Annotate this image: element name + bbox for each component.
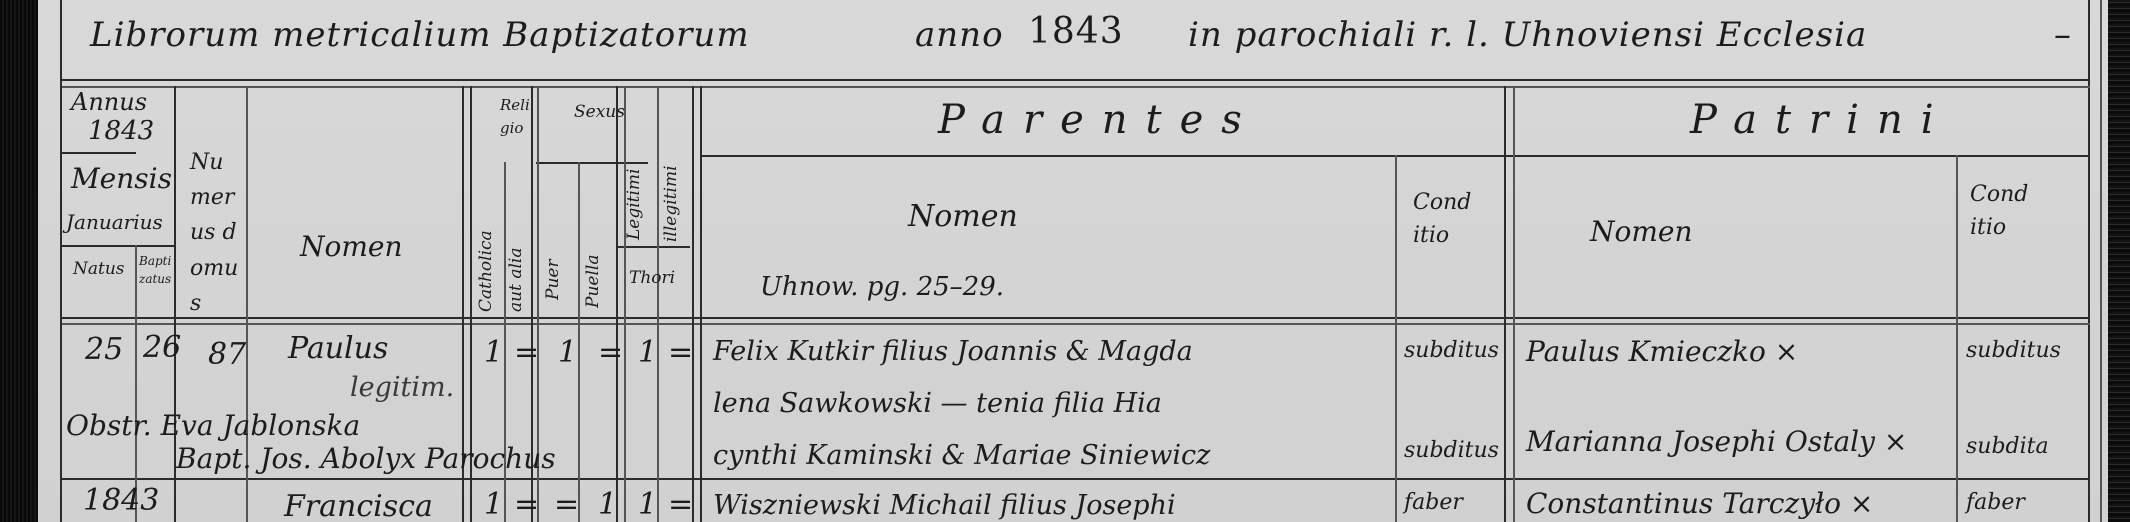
page-title-anno: anno	[915, 18, 1004, 52]
parentes-conditio-rule	[1395, 155, 1397, 522]
religio-catholica-label: Catholica	[478, 230, 495, 312]
row-illegitimi: =	[668, 490, 693, 520]
row-sexus-puer: 1	[558, 338, 577, 368]
row-baptizatus: 26	[143, 333, 181, 363]
mensis-divider	[62, 245, 174, 247]
row-patrini-line-1: Paulus Kmieczko ×	[1526, 338, 1798, 366]
row-year-marker: 1843	[83, 486, 159, 516]
row-natus: 25	[85, 335, 123, 365]
sexus-label: Sexus	[574, 104, 625, 121]
patrini-conditio-rule	[1956, 155, 1958, 522]
row-separator	[62, 478, 2090, 480]
row-baptizans: Bapt. Jos. Abolyx Parochus	[176, 445, 556, 473]
row-religio-catholica: 1	[484, 338, 503, 368]
row-patrini-line-1: Constantinus Tarczyło ×	[1526, 490, 1873, 518]
row-patrini-conditio-1: faber	[1966, 492, 2025, 514]
legitimi-label: Legitimi	[626, 169, 643, 241]
religio-sexus-divider	[536, 162, 648, 164]
scan-border-left	[0, 0, 38, 522]
row-patrini-conditio-1: subditus	[1966, 340, 2061, 362]
row-parentes-line-3: cynthi Kaminski & Mariae Siniewicz	[713, 442, 1210, 469]
header-bottom-rule	[62, 317, 2090, 319]
row-nomen: Paulus	[288, 334, 388, 364]
patrini-conditio-label: Conditio	[1970, 178, 2030, 244]
annus-divider	[62, 152, 136, 154]
row-religio-alia: =	[514, 490, 539, 520]
row-religio-catholica: 1	[484, 490, 503, 520]
thori-col-rule	[692, 86, 694, 522]
parentes-reference-note: Uhnow. pg. 25–29.	[760, 274, 1004, 300]
legitimi-col-rule	[657, 86, 659, 522]
row-religio-alia: =	[514, 338, 539, 368]
page-title-suffix: in parochiali r. l. Uhnoviensi Ecclesia	[1188, 18, 1867, 52]
row-illegitimi: =	[668, 338, 693, 368]
patrini-group-label: Patrini	[1690, 100, 1952, 140]
patrini-left-rule	[1504, 86, 1506, 522]
page-title-year: 1843	[1028, 14, 1124, 50]
annus-label: Annus	[71, 90, 147, 114]
row-parentes-conditio-1: faber	[1404, 492, 1463, 514]
row-legitimi: 1	[638, 338, 657, 368]
row-patrini-line-2: Marianna Josephi Ostaly ×	[1526, 428, 1907, 456]
frame-right-rule-inner	[2100, 0, 2102, 522]
baptizatus-label: Baptizatus	[139, 252, 173, 288]
row-nomen: Francisca	[284, 492, 433, 522]
scan-border-right	[2108, 0, 2130, 522]
page-title-prefix: Librorum metricalium Baptizatorum	[90, 18, 750, 52]
row-parentes-conditio-2: subditus	[1404, 440, 1499, 462]
header-top-rule	[62, 79, 2090, 81]
natus-baptizatus-rule	[135, 245, 137, 522]
row-sexus-puer: =	[554, 490, 579, 520]
annus-value: 1843	[88, 118, 154, 144]
register-page: Librorum metricalium Baptizatorum anno 1…	[38, 0, 2113, 522]
row-legitimi: 1	[638, 490, 657, 520]
sexus-col-rule	[616, 86, 618, 522]
patrini-nomen-label: Nomen	[1590, 218, 1693, 246]
natus-label: Natus	[73, 258, 133, 282]
illegitimi-label: illegitimi	[663, 165, 680, 242]
parentes-nomen-label: Nomen	[908, 202, 1018, 232]
header-bottom-rule-2	[62, 323, 2090, 325]
row-sexus-puella: =	[598, 338, 623, 368]
sexus-puella-label: Puella	[585, 255, 602, 308]
row-parentes-conditio-1: subditus	[1404, 340, 1499, 362]
parentes-group-label: Parentes	[938, 100, 1260, 140]
parentes-left-rule	[700, 86, 702, 522]
numerus-domus-label: Numerus domus	[190, 145, 240, 321]
row-parentes-line-1: Wiszniewski Michail filius Josephi	[713, 492, 1176, 519]
parentes-conditio-label: Conditio	[1413, 186, 1473, 252]
puer-col-rule	[578, 162, 580, 522]
row-numerus-domus: 87	[208, 340, 246, 370]
mensis-label: Mensis	[71, 165, 172, 193]
row-obstetrix: Obstr. Eva Jablonska	[66, 412, 360, 440]
sexus-puer-label: Puer	[545, 259, 562, 300]
mensis-value: Januarius	[66, 212, 163, 232]
row-sexus-puella: 1	[598, 490, 617, 520]
row-patrini-conditio-2: subdita	[1966, 436, 2049, 458]
thori-label: Thori	[629, 270, 675, 287]
religio-alia-label: aut alia	[508, 248, 525, 312]
parentes-patrini-divider	[700, 155, 2088, 157]
religio-label: Religio	[500, 94, 532, 139]
row-parentes-line-1: Felix Kutkir filius Joannis & Magda	[713, 338, 1193, 365]
sexus-col-rule-2	[624, 86, 626, 522]
row-nomen-note: legitim.	[350, 374, 454, 401]
patrini-left-rule-2	[1513, 86, 1515, 522]
page-title-dash: –	[2054, 18, 2072, 52]
nomen-label: Nomen	[300, 233, 403, 261]
row-parentes-line-2: lena Sawkowski — tenia filia Hia	[713, 390, 1162, 417]
header-top-rule-2	[62, 86, 2090, 88]
legitimi-divider	[616, 246, 690, 248]
